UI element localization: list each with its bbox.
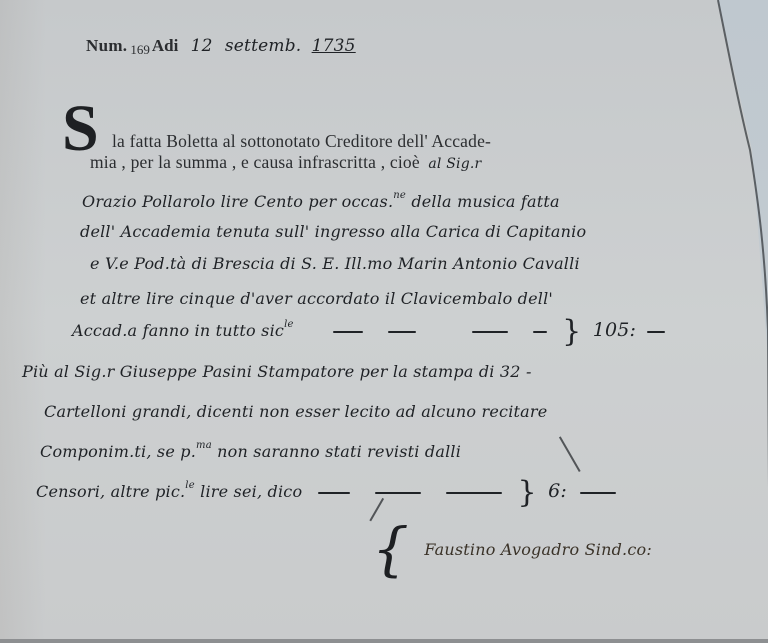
- printed-line-1: la fatta Boletta al sottonotato Creditor…: [112, 131, 491, 152]
- entry-1-line-5-sup: le: [284, 319, 294, 330]
- fill-dash: [533, 331, 547, 333]
- entry-2-line-4-text: Censori, altre pic.: [36, 482, 185, 501]
- fill-dash: [388, 331, 416, 333]
- entry-2-line-3-sup: ma: [196, 440, 212, 451]
- signature-name: Faustino Avogadro Sind.co:: [424, 540, 652, 559]
- date-day: 12: [191, 36, 213, 56]
- signature-brace-icon: {: [372, 515, 409, 583]
- num-value: 169: [130, 42, 150, 57]
- signature-block: { Faustino Avogadro Sind.co:: [372, 520, 652, 578]
- entry-1-line-2: dell' Accademia tenuta sull' ingresso al…: [80, 222, 586, 241]
- num-label: Num.: [86, 36, 127, 55]
- fill-dash: [580, 492, 616, 494]
- fill-dash: [375, 492, 421, 494]
- entry-2-line-3: Componim.ti, se p.ma non saranno stati r…: [40, 440, 461, 461]
- entry-1-line-1-text2: della musica fatta: [411, 192, 559, 211]
- fill-dash: [647, 331, 665, 333]
- printed-line-2-text: mia , per la summa , e causa infrascritt…: [90, 152, 420, 172]
- entry-2-line-3-text2: non saranno stati revisti dalli: [217, 442, 461, 461]
- total-brace-icon: }: [517, 485, 536, 501]
- entry-2-line-1: Più al Sig.r Giuseppe Pasini Stampatore …: [22, 362, 532, 381]
- fill-dash: [333, 331, 363, 333]
- date-year: 1735: [312, 36, 356, 56]
- entry-1-line-3: e V.e Pod.tà di Brescia di S. E. Ill.mo …: [90, 254, 580, 273]
- entry-2-line-4-text2: lire sei, dico: [200, 482, 302, 501]
- total-brace-icon: }: [562, 324, 581, 340]
- entry-2-line-4-sup: le: [185, 480, 195, 491]
- entry-2-total: 6:: [548, 480, 567, 502]
- entry-1-line-5: Accad.a fanno in tutto sicle } 105:: [72, 319, 675, 341]
- entry-1-total: 105:: [593, 319, 636, 341]
- printed-line-2: mia , per la summa , e causa infrascritt…: [90, 152, 481, 173]
- fill-dash: [318, 492, 350, 494]
- printed-line-2-hand-suffix: al Sig.r: [428, 156, 481, 172]
- entry-1-line-1: Orazio Pollarolo lire Cento per occas.ne…: [82, 190, 560, 211]
- document-header: Num.169Adi 12 settemb. 1735: [86, 36, 356, 58]
- entry-1-line-5-text: Accad.a fanno in tutto sic: [72, 321, 284, 340]
- entry-1-line-1-sup: ne: [393, 190, 406, 201]
- entry-2-line-3-text: Componim.ti, se p.: [40, 442, 196, 461]
- entry-2-line-4: Censori, altre pic.le lire sei, dico } 6…: [36, 480, 626, 502]
- entry-1-line-1-text: Orazio Pollarolo lire Cento per occas.: [82, 192, 393, 211]
- date-month: settemb.: [225, 36, 302, 56]
- entry-1-line-4: et altre lire cinque d'aver accordato il…: [80, 289, 553, 308]
- fill-dash: [472, 331, 508, 333]
- photo-bottom-edge: [0, 639, 768, 643]
- adi-label: Adi: [152, 36, 178, 55]
- entry-2-line-2: Cartelloni grandi, dicenti non esser lec…: [44, 402, 547, 421]
- fill-dash: [446, 492, 502, 494]
